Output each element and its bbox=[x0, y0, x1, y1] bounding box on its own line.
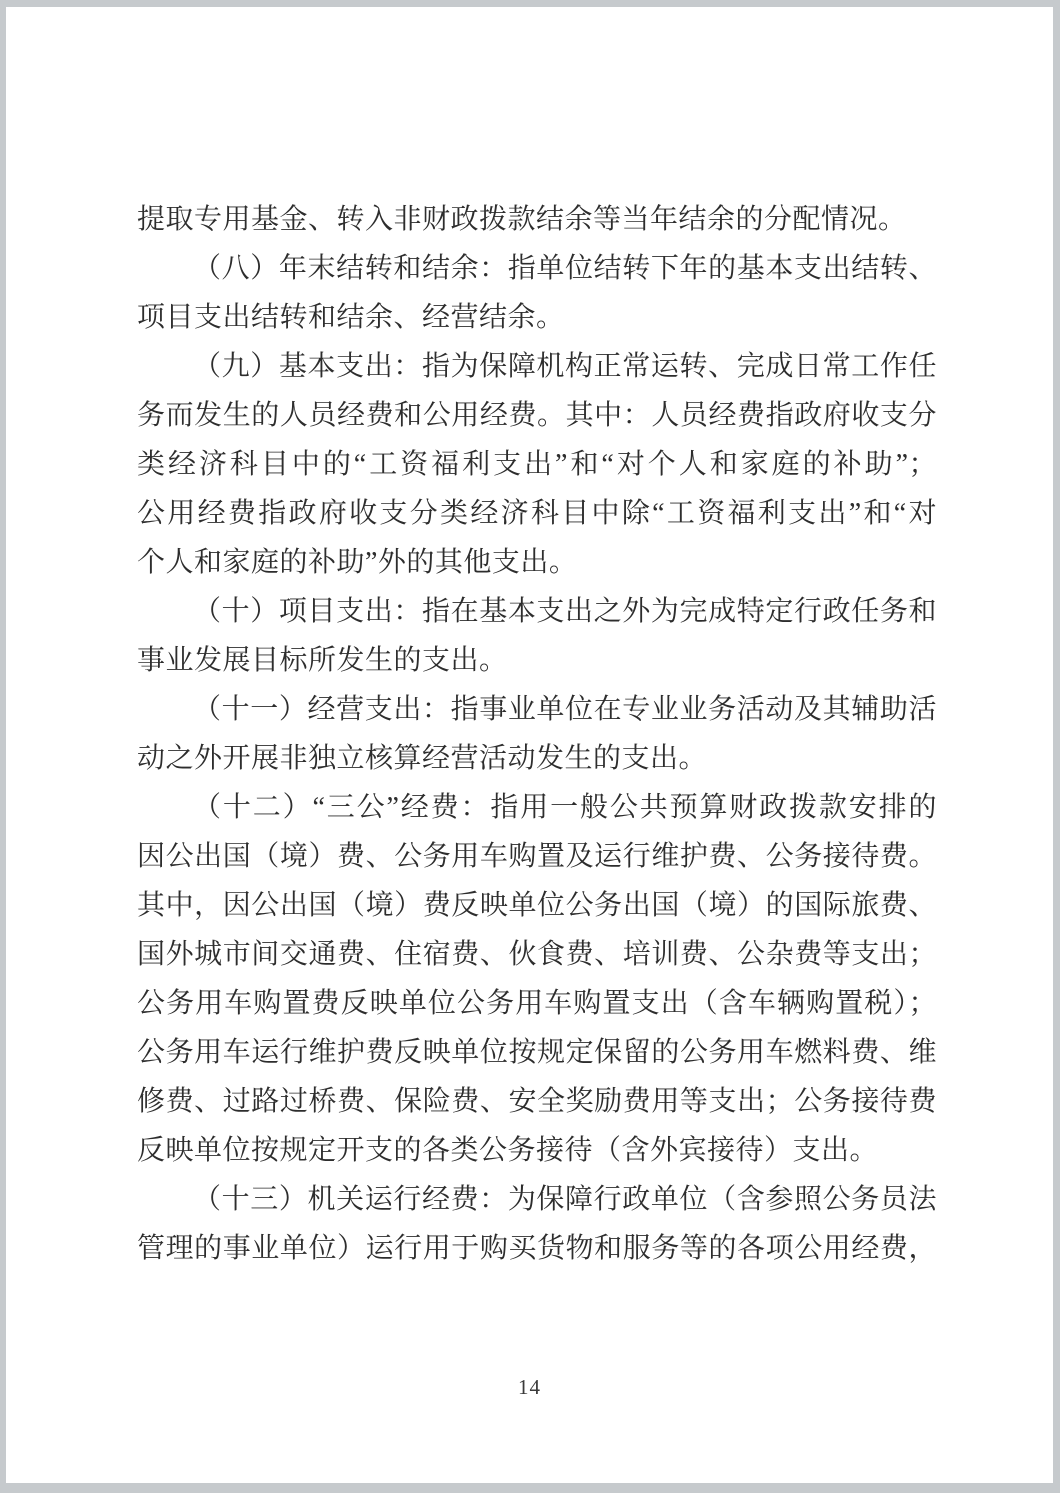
text-line: （十二）“三公”经费：指用一般公共预算财政拨款安排的 bbox=[137, 783, 937, 832]
text-line: 提取专用基金、转入非财政拨款结余等当年结余的分配情况。 bbox=[137, 195, 937, 244]
text-line: 公用经费指政府收支分类经济科目中除“工资福利支出”和“对 bbox=[137, 489, 937, 538]
text-line: 事业发展目标所发生的支出。 bbox=[137, 636, 937, 685]
text-line: 修费、过路过桥费、保险费、安全奖励费用等支出；公务接待费 bbox=[137, 1077, 937, 1126]
text-line: （十）项目支出：指在基本支出之外为完成特定行政任务和 bbox=[137, 587, 937, 636]
text-line: 公务用车购置费反映单位公务用车购置支出（含车辆购置税）； bbox=[137, 979, 937, 1028]
text-line: （九）基本支出：指为保障机构正常运转、完成日常工作任 bbox=[137, 342, 937, 391]
text-line: （十一）经营支出：指事业单位在专业业务活动及其辅助活 bbox=[137, 685, 937, 734]
page-number: 14 bbox=[6, 1372, 1053, 1402]
text-line: 其中，因公出国（境）费反映单位公务出国（境）的国际旅费、 bbox=[137, 881, 937, 930]
text-line: 因公出国（境）费、公务用车购置及运行维护费、公务接待费。 bbox=[137, 832, 937, 881]
text-line: 类经济科目中的“工资福利支出”和“对个人和家庭的补助”； bbox=[137, 440, 937, 489]
text-line: （八）年末结转和结余：指单位结转下年的基本支出结转、 bbox=[137, 244, 937, 293]
text-line: 项目支出结转和结余、经营结余。 bbox=[137, 293, 937, 342]
text-line: 动之外开展非独立核算经营活动发生的支出。 bbox=[137, 734, 937, 783]
text-line: 管理的事业单位）运行用于购买货物和服务等的各项公用经费， bbox=[137, 1224, 937, 1273]
text-line: 公务用车运行维护费反映单位按规定保留的公务用车燃料费、维 bbox=[137, 1028, 937, 1077]
text-line: 反映单位按规定开支的各类公务接待（含外宾接待）支出。 bbox=[137, 1126, 937, 1175]
text-line: 个人和家庭的补助”外的其他支出。 bbox=[137, 538, 937, 587]
text-line: （十三）机关运行经费：为保障行政单位（含参照公务员法 bbox=[137, 1175, 937, 1224]
text-block: 提取专用基金、转入非财政拨款结余等当年结余的分配情况。（八）年末结转和结余：指单… bbox=[137, 195, 937, 1273]
text-line: 国外城市间交通费、住宿费、伙食费、培训费、公杂费等支出； bbox=[137, 930, 937, 979]
document-page: 提取专用基金、转入非财政拨款结余等当年结余的分配情况。（八）年末结转和结余：指单… bbox=[0, 0, 1060, 1493]
text-line: 务而发生的人员经费和公用经费。其中：人员经费指政府收支分 bbox=[137, 391, 937, 440]
